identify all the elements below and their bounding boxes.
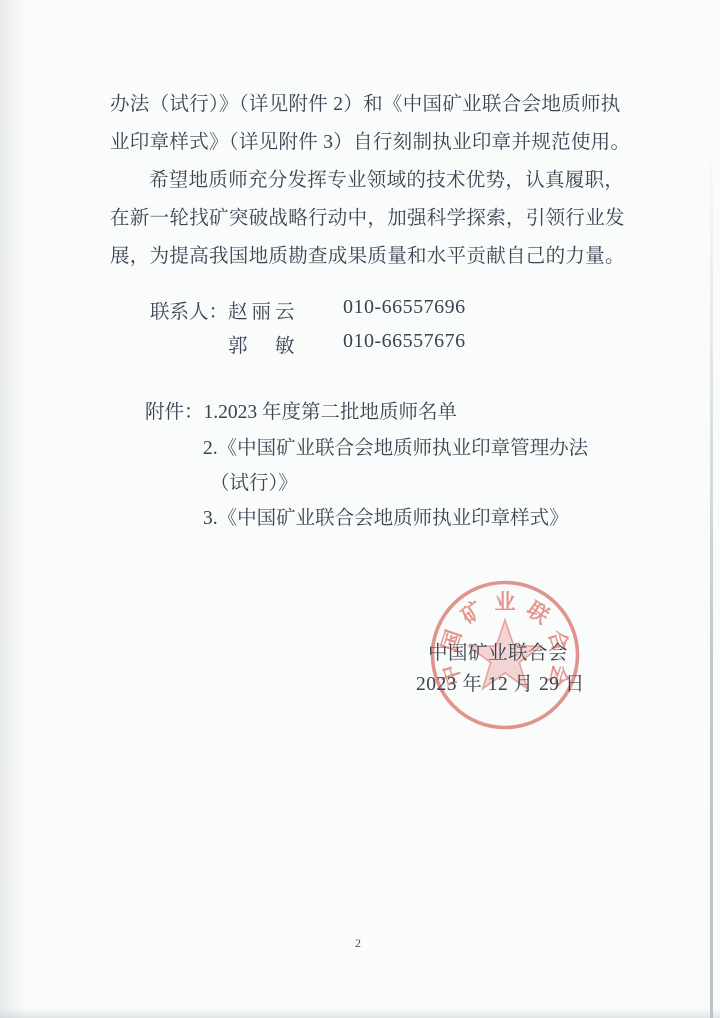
contact-name: 郭 敏 bbox=[228, 330, 299, 358]
attachments-label: 附件： bbox=[145, 402, 204, 423]
paragraph-line: 展，为提高我国地质勘查成果质量和水平贡献自己的力量。 bbox=[110, 238, 626, 276]
paragraph-line: 希望地质师充分发挥专业领域的技术优势，认真履职， bbox=[110, 162, 626, 200]
scanned-document-page: 办法（试行）》（详见附件 2）和《中国矿业联合会地质师执 业印章样式》（详见附件… bbox=[0, 0, 720, 1018]
attachments-row: 附件：1.2023 年度第二批地质师名单 bbox=[145, 396, 457, 424]
paragraph-line: 业印章样式》（详见附件 3）自行刻制执业印章并规范使用。 bbox=[110, 124, 626, 162]
contact-name: 赵丽云 bbox=[228, 302, 299, 323]
attachment-item: 2.《中国矿业联合会地质师执业印章管理办法 bbox=[203, 432, 588, 460]
paragraph-line: 在新一轮找矿突破战略行动中，加强科学探索，引领行业发 bbox=[110, 200, 626, 238]
scan-edge-shading-left bbox=[0, 0, 26, 1018]
page-number: 2 bbox=[348, 936, 368, 951]
main-paragraph: 办法（试行）》（详见附件 2）和《中国矿业联合会地质师执 业印章样式》（详见附件… bbox=[110, 86, 626, 276]
paragraph-line: 办法（试行）》（详见附件 2）和《中国矿业联合会地质师执 bbox=[110, 86, 626, 124]
attachment-item: 1.2023 年度第二批地质师名单 bbox=[204, 402, 458, 423]
seal-arc-char: 联 bbox=[522, 597, 553, 629]
seal-arc-char: 矿 bbox=[457, 597, 488, 629]
attachment-item: （试行）》 bbox=[210, 467, 298, 495]
scan-edge-shadow-bottom bbox=[0, 1008, 720, 1018]
signature-date: 2023 年 12 月 29 日 bbox=[416, 668, 585, 696]
contact-phone: 010-66557676 bbox=[343, 330, 466, 353]
signature-organization: 中国矿业联合会 bbox=[428, 637, 568, 665]
seal-arc-char: 业 bbox=[495, 590, 516, 614]
contact-phone: 010-66557696 bbox=[343, 296, 466, 319]
scan-edge-line-right bbox=[710, 140, 713, 1018]
attachment-item: 3.《中国矿业联合会地质师执业印章样式》 bbox=[203, 502, 569, 530]
contact-label: 联系人： bbox=[150, 302, 228, 323]
contact-row: 联系人：赵丽云 bbox=[150, 296, 299, 324]
